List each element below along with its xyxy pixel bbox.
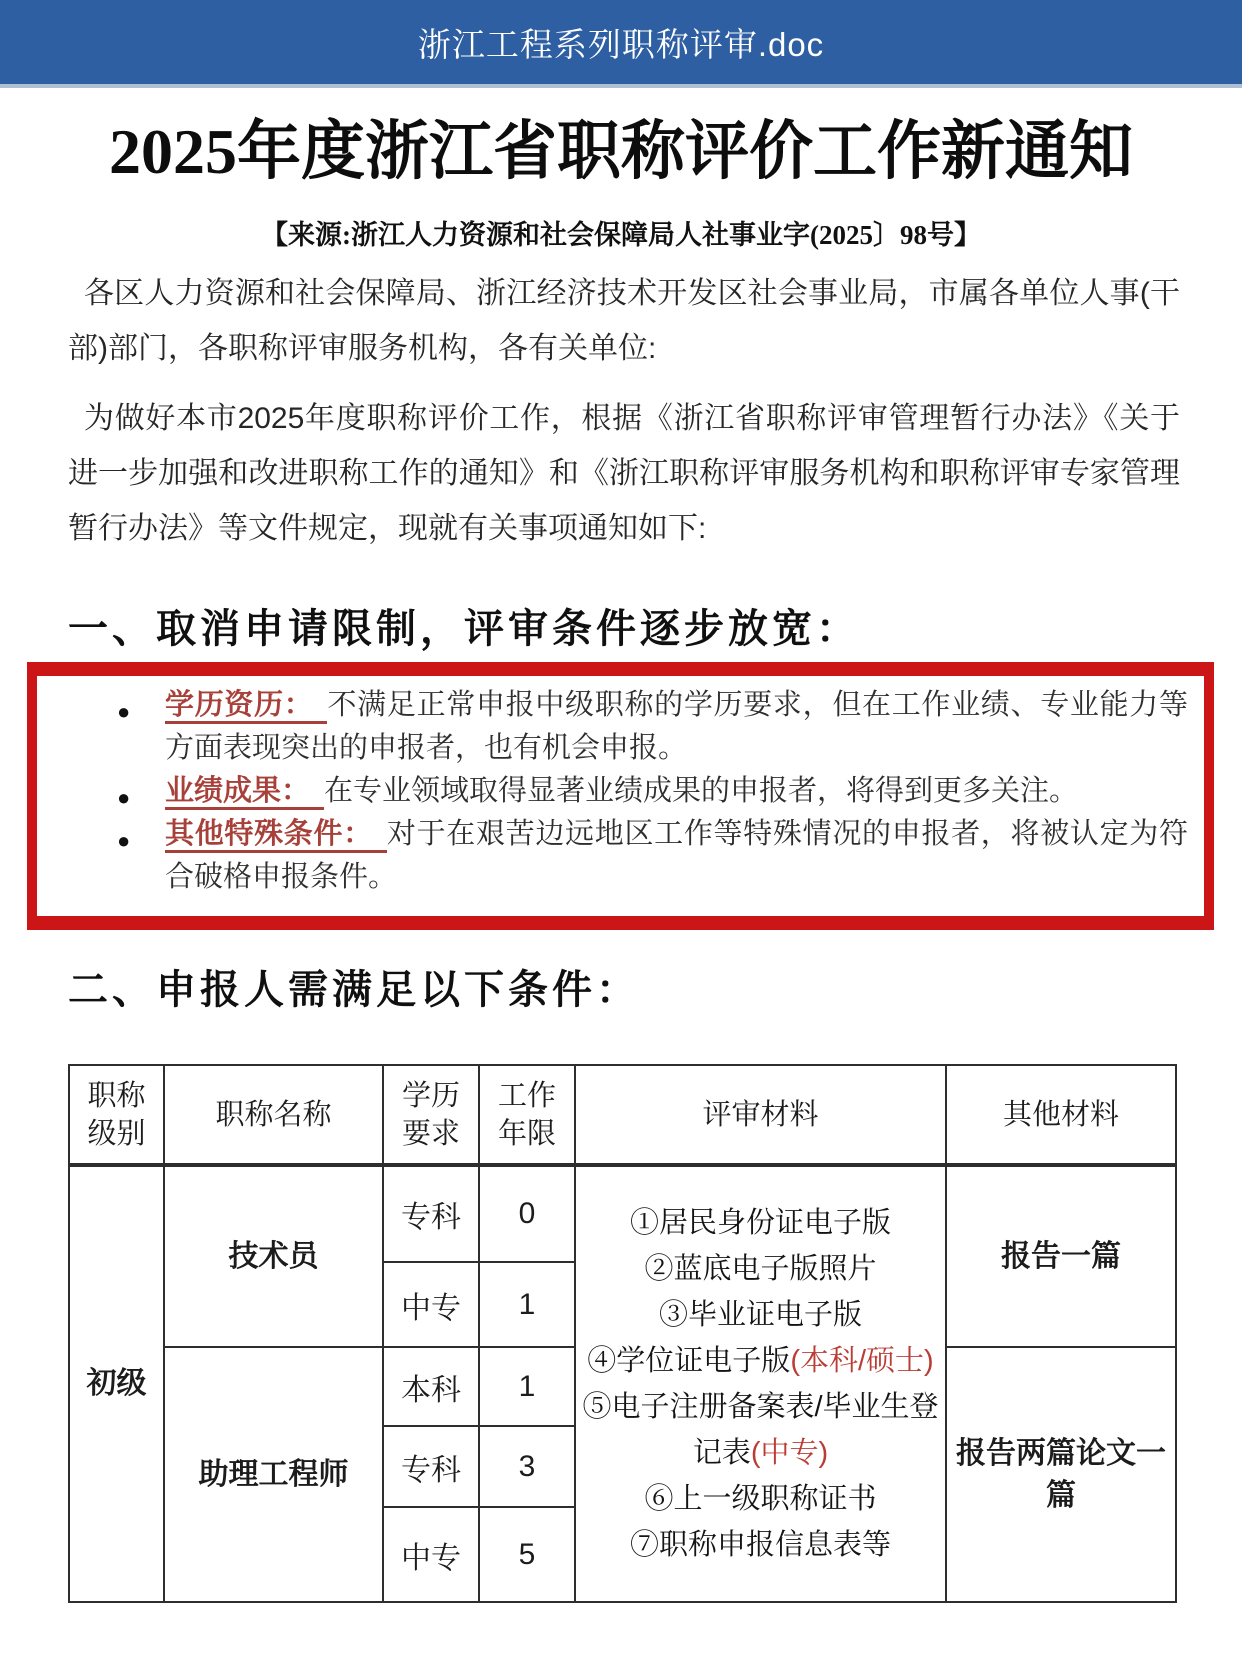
material-item: ④学位证电子版(本科/硕士): [580, 1338, 941, 1384]
doc-title-bar: 浙江工程系列职称评审.doc: [0, 0, 1242, 88]
material-text: ④学位证电子版: [587, 1345, 790, 1377]
bullet-achievement-text: 在专业领域取得显著业绩成果的申报者，将得到更多关注。: [324, 775, 1078, 807]
cell-years: 0: [479, 1165, 575, 1262]
cell-review-materials: ①居民身份证电子版 ②蓝底电子版照片 ③毕业证电子版 ④学位证电子版(本科/硕士…: [575, 1165, 946, 1602]
cell-group2-other: 报告两篇论文一篇: [946, 1347, 1176, 1602]
material-item: ①居民身份证电子版: [580, 1200, 941, 1246]
cell-level: 初级: [69, 1165, 164, 1602]
paragraph-addressees: 各区人力资源和社会保障局、浙江经济技术开发区社会事业局，市属各单位人事(干部)部…: [68, 266, 1180, 376]
cell-years: 1: [479, 1262, 575, 1347]
material-text: ①居民身份证电子版: [630, 1207, 891, 1239]
bullet-special-lead: 其他特殊条件：: [165, 818, 387, 853]
cell-years: 1: [479, 1347, 575, 1426]
material-text: ⑥上一级职称证书: [644, 1483, 876, 1515]
header-title-level: 职称级别: [69, 1065, 164, 1165]
material-red-text: (中专): [751, 1437, 828, 1469]
cell-edu: 专科: [383, 1165, 479, 1262]
material-text: ⑦职称申报信息表等: [630, 1529, 891, 1561]
bullet-achievement: 业绩成果：在专业领域取得显著业绩成果的申报者，将得到更多关注。: [37, 770, 1188, 813]
section2-heading: 二、申报人需满足以下条件：: [68, 958, 640, 1015]
material-red-text: (本科/硕士): [790, 1345, 933, 1377]
cell-edu: 中专: [383, 1262, 479, 1347]
bullet-education-lead: 学历资历：: [165, 689, 327, 724]
cell-group1-name: 技术员: [164, 1165, 383, 1347]
cell-edu: 中专: [383, 1507, 479, 1602]
material-text: ③毕业证电子版: [659, 1299, 862, 1331]
bullet-achievement-lead: 业绩成果：: [165, 775, 324, 810]
material-item: ⑦职称申报信息表等: [580, 1522, 941, 1568]
bullet-education: 学历资历：不满足正常申报中级职称的学历要求，但在工作业绩、专业能力等方面表现突出…: [37, 684, 1188, 770]
table-header-row: 职称级别 职称名称 学历要求 工作年限 评审材料 其他材料: [69, 1065, 1176, 1165]
highlight-bullet-list: 学历资历：不满足正常申报中级职称的学历要求，但在工作业绩、专业能力等方面表现突出…: [37, 684, 1188, 899]
material-item: ⑥上一级职称证书: [580, 1476, 941, 1522]
bullet-special: 其他特殊条件：对于在艰苦边远地区工作等特殊情况的申报者，将被认定为符合破格申报条…: [37, 813, 1188, 899]
material-item: ②蓝底电子版照片: [580, 1246, 941, 1292]
header-other-materials: 其他材料: [946, 1065, 1176, 1165]
cell-edu: 专科: [383, 1426, 479, 1507]
paragraph-basis: 为做好本市2025年度职称评价工作，根据《浙江省职称评审管理暂行办法》《关于进一…: [68, 391, 1180, 556]
header-education: 学历要求: [383, 1065, 479, 1165]
doc-filename: 浙江工程系列职称评审.doc: [418, 19, 824, 66]
conditions-table: 职称级别 职称名称 学历要求 工作年限 评审材料 其他材料 初级 技术员 专科 …: [68, 1064, 1177, 1603]
cell-edu: 本科: [383, 1347, 479, 1426]
source-line: 【来源:浙江人力资源和社会保障局人社事业字(2025〕98号】: [0, 213, 1242, 252]
header-title-name: 职称名称: [164, 1065, 383, 1165]
cell-years: 5: [479, 1507, 575, 1602]
material-item: ⑤电子注册备案表/毕业生登记表(中专): [580, 1384, 941, 1476]
document-page: 浙江工程系列职称评审.doc 2025年度浙江省职称评价工作新通知 【来源:浙江…: [0, 0, 1242, 1656]
table-row: 初级 技术员 专科 0 ①居民身份证电子版 ②蓝底电子版照片 ③毕业证电子版 ④…: [69, 1165, 1176, 1262]
cell-group2-name: 助理工程师: [164, 1347, 383, 1602]
header-work-years: 工作年限: [479, 1065, 575, 1165]
material-text: ②蓝底电子版照片: [644, 1253, 876, 1285]
highlight-box: 学历资历：不满足正常申报中级职称的学历要求，但在工作业绩、专业能力等方面表现突出…: [27, 662, 1214, 930]
cell-group1-other: 报告一篇: [946, 1165, 1176, 1347]
page-title: 2025年度浙江省职称评价工作新通知: [0, 116, 1242, 188]
section1-heading: 一、取消申请限制，评审条件逐步放宽：: [68, 597, 860, 654]
material-item: ③毕业证电子版: [580, 1292, 941, 1338]
cell-years: 3: [479, 1426, 575, 1507]
header-review-materials: 评审材料: [575, 1065, 946, 1165]
materials-list: ①居民身份证电子版 ②蓝底电子版照片 ③毕业证电子版 ④学位证电子版(本科/硕士…: [580, 1200, 941, 1568]
